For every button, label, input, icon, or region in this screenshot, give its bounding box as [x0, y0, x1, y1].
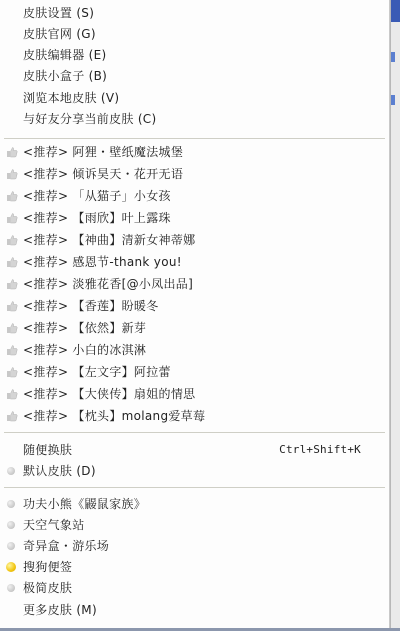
thumbs-up-icon: [6, 344, 18, 356]
menu-item-recommended-skin[interactable]: <推荐> 【大侠传】扇姐的情思: [0, 384, 389, 404]
menu-item-label: <推荐> 【枕头】molang爱草莓: [23, 406, 205, 426]
menu-item-label: 浏览本地皮肤 (V): [23, 88, 119, 108]
menu-item-recommended-skin[interactable]: <推荐> 「从猫子」小女孩: [0, 186, 389, 206]
skin-context-menu: 皮肤设置 (S) 皮肤官网 (G) 皮肤编辑器 (E) 皮肤小盒子 (B) 浏览…: [0, 0, 390, 629]
radio-unselected-icon: [7, 467, 15, 475]
menu-item-label: <推荐> 小白的冰淇淋: [23, 340, 146, 360]
menu-item-recommended-skin[interactable]: <推荐> 阿狸・壁纸魔法城堡: [0, 142, 389, 162]
menu-item-recommended-skin[interactable]: <推荐> 【神曲】清新女神蒂娜: [0, 230, 389, 250]
menu-item-installed-skin[interactable]: 极简皮肤: [0, 578, 389, 598]
menu-item-label: 更多皮肤 (M): [23, 600, 97, 620]
keyboard-shortcut: Ctrl+Shift+K: [279, 440, 361, 460]
menu-item-label: <推荐> 「从猫子」小女孩: [23, 186, 171, 206]
thumbs-up-icon: [6, 234, 18, 246]
menu-item-label: 功夫小熊《鼹鼠家族》: [23, 494, 146, 514]
menu-item-label: <推荐> 【左文字】阿拉蕾: [23, 362, 171, 382]
menu-item-label: 默认皮肤 (D): [23, 461, 96, 481]
menu-item-skin-settings[interactable]: 皮肤设置 (S): [0, 3, 389, 23]
menu-item-label: 奇异盒・游乐场: [23, 536, 109, 556]
menu-item-label: <推荐> 【神曲】清新女神蒂娜: [23, 230, 195, 250]
thumbs-up-icon: [6, 278, 18, 290]
menu-item-label: <推荐> 【雨欣】叶上露珠: [23, 208, 171, 228]
menu-item-installed-skin-selected[interactable]: 搜狗便签: [0, 557, 389, 577]
menu-separator: [4, 487, 385, 488]
menu-item-label: 皮肤编辑器 (E): [23, 45, 106, 65]
menu-item-label: 皮肤官网 (G): [23, 24, 96, 44]
menu-separator: [4, 138, 385, 139]
menu-item-recommended-skin[interactable]: <推荐> 【雨欣】叶上露珠: [0, 208, 389, 228]
thumbs-up-icon: [6, 322, 18, 334]
background-window-accent: [391, 52, 395, 62]
thumbs-up-icon: [6, 146, 18, 158]
menu-item-label: <推荐> 淡雅花香[@小凤出品]: [23, 274, 193, 294]
menu-item-label: 搜狗便签: [23, 557, 72, 577]
menu-item-installed-skin[interactable]: 奇异盒・游乐场: [0, 536, 389, 556]
menu-item-label: 皮肤小盒子 (B): [23, 66, 107, 86]
menu-item-recommended-skin[interactable]: <推荐> 【左文字】阿拉蕾: [0, 362, 389, 382]
menu-item-recommended-skin[interactable]: <推荐> 【香莲】盼暖冬: [0, 296, 389, 316]
menu-item-skin-editor[interactable]: 皮肤编辑器 (E): [0, 45, 389, 65]
menu-item-installed-skin[interactable]: 天空气象站: [0, 515, 389, 535]
menu-item-recommended-skin[interactable]: <推荐> 倾诉昊天・花开无语: [0, 164, 389, 184]
menu-item-label: 随便换肤: [23, 440, 72, 460]
menu-item-label: 极简皮肤: [23, 578, 72, 598]
thumbs-up-icon: [6, 168, 18, 180]
menu-item-recommended-skin[interactable]: <推荐> 感恩节-thank you!: [0, 252, 389, 272]
menu-item-installed-skin[interactable]: 功夫小熊《鼹鼠家族》: [0, 494, 389, 514]
menu-item-label: 皮肤设置 (S): [23, 3, 94, 23]
thumbs-up-icon: [6, 388, 18, 400]
thumbs-up-icon: [6, 212, 18, 224]
menu-item-share-skin[interactable]: 与好友分享当前皮肤 (C): [0, 109, 389, 129]
menu-item-skin-box[interactable]: 皮肤小盒子 (B): [0, 66, 389, 86]
menu-item-browse-local-skins[interactable]: 浏览本地皮肤 (V): [0, 88, 389, 108]
menu-item-recommended-skin[interactable]: <推荐> 【依然】新芽: [0, 318, 389, 338]
menu-item-label: 天空气象站: [23, 515, 85, 535]
thumbs-up-icon: [6, 300, 18, 312]
radio-selected-icon: [6, 562, 16, 572]
menu-item-skin-website[interactable]: 皮肤官网 (G): [0, 24, 389, 44]
menu-separator: [4, 432, 385, 433]
menu-item-label: <推荐> 【依然】新芽: [23, 318, 146, 338]
menu-item-label: <推荐> 感恩节-thank you!: [23, 252, 182, 272]
thumbs-up-icon: [6, 410, 18, 422]
menu-item-label: <推荐> 阿狸・壁纸魔法城堡: [23, 142, 183, 162]
menu-item-label: 与好友分享当前皮肤 (C): [23, 109, 156, 129]
menu-item-recommended-skin[interactable]: <推荐> 【枕头】molang爱草莓: [0, 406, 389, 426]
radio-unselected-icon: [7, 521, 15, 529]
radio-unselected-icon: [7, 542, 15, 550]
menu-item-recommended-skin[interactable]: <推荐> 小白的冰淇淋: [0, 340, 389, 360]
menu-item-random-skin[interactable]: 随便换肤 Ctrl+Shift+K: [0, 440, 389, 460]
thumbs-up-icon: [6, 256, 18, 268]
background-window-edge: [390, 0, 400, 631]
menu-item-recommended-skin[interactable]: <推荐> 淡雅花香[@小凤出品]: [0, 274, 389, 294]
thumbs-up-icon: [6, 366, 18, 378]
menu-item-label: <推荐> 倾诉昊天・花开无语: [23, 164, 183, 184]
radio-unselected-icon: [7, 500, 15, 508]
menu-item-label: <推荐> 【香莲】盼暖冬: [23, 296, 159, 316]
radio-unselected-icon: [7, 584, 15, 592]
background-window-titlebar: [391, 0, 400, 22]
menu-item-label: <推荐> 【大侠传】扇姐的情思: [23, 384, 195, 404]
background-window-accent: [391, 95, 395, 105]
menu-item-more-skins[interactable]: 更多皮肤 (M): [0, 600, 389, 620]
thumbs-up-icon: [6, 190, 18, 202]
menu-item-default-skin[interactable]: 默认皮肤 (D): [0, 461, 389, 481]
